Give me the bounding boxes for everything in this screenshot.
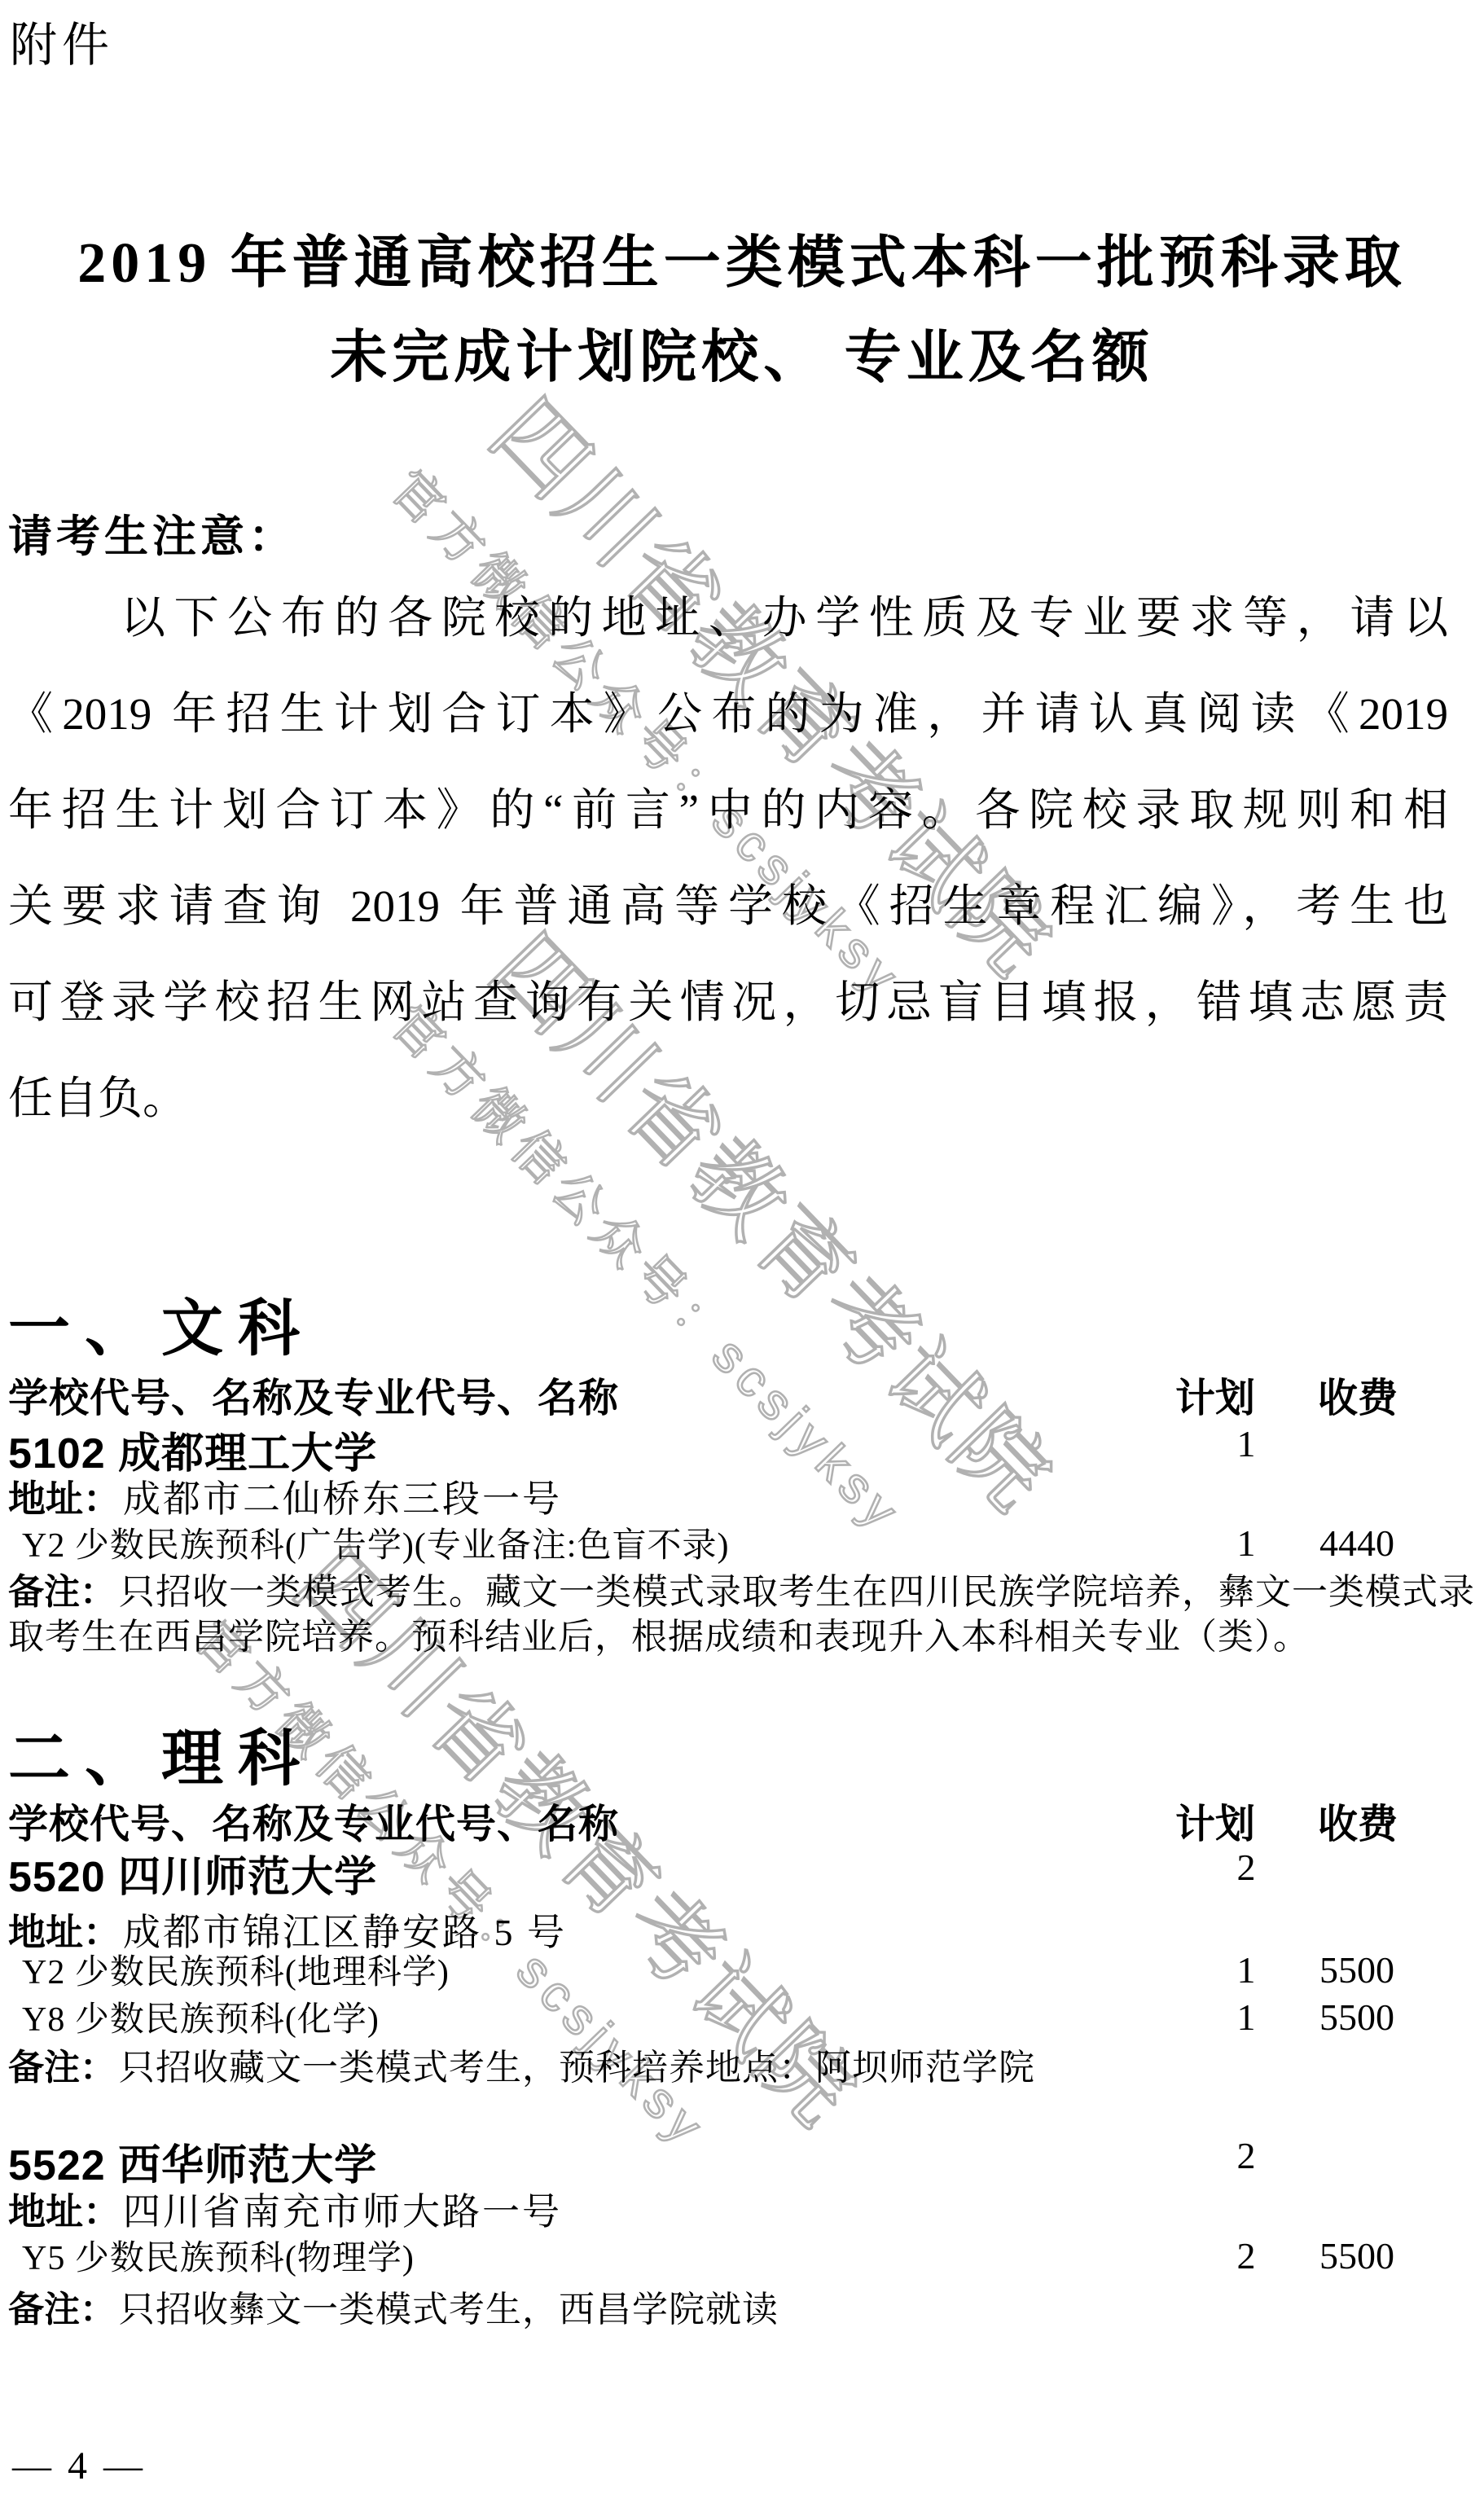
- attachment-label: 附件: [10, 7, 114, 75]
- school-row: 5522 西华师范大学 2: [0, 2131, 1484, 2183]
- major-plan-count: 1: [1204, 1996, 1289, 2039]
- address-label: 地址：: [8, 2182, 121, 2236]
- remark-text: 只招收藏文一类模式考生，预科培养地点：阿坝师范学院: [119, 2038, 1035, 2090]
- school-plan-count: 2: [1204, 1846, 1289, 1889]
- section-heading-like: 二、理科: [8, 1709, 314, 1798]
- col-header-fee: 收费: [1318, 1367, 1398, 1424]
- remark-row: 备注： 只招收彝文一类模式考生，西昌学院就读: [0, 2280, 1484, 2332]
- remark-row: 取考生在西昌学院培养。预科结业后，根据成绩和表现升入本科相关专业（类）。: [0, 1607, 1484, 1659]
- table-header-row: 学校代号、名称及专业代号、名称 计划 收费: [0, 1367, 1484, 1419]
- remark-text: 只招收彝文一类模式考生，西昌学院就读: [119, 2280, 779, 2332]
- notice-heading: 请考生注意：: [8, 502, 296, 564]
- table-header-row: 学校代号、名称及专业代号、名称 计划 收费: [0, 1793, 1484, 1845]
- major-name: Y2 少数民族预科(广告学)(专业备注:色盲不录): [22, 1518, 729, 1567]
- remark-label: 备注：: [8, 2038, 116, 2090]
- notice-line: 年招生计划合订本》的“前言”中的内容。各院校录取规则和相: [8, 786, 1448, 835]
- school-plan-count: 1: [1204, 1422, 1289, 1465]
- col-header-plan: 计划: [1175, 1367, 1255, 1424]
- major-row: Y2 少数民族预科(地理科学) 1 5500: [0, 1945, 1484, 1997]
- notice-line: 关要求请查询 2019 年普通高等学校《招生章程汇编》，考生也: [8, 882, 1448, 931]
- address-row: 地址： 成都市二仙桥东三段一号: [0, 1469, 1484, 1522]
- school-code-name: 5520 四川师范大学: [8, 1842, 377, 1904]
- address-row: 地址： 四川省南充市师大路一号: [0, 2182, 1484, 2234]
- major-name: Y2 少数民族预科(地理科学): [22, 1945, 450, 1994]
- address-label: 地址：: [8, 1469, 121, 1523]
- notice-line: 任自负。: [8, 1074, 187, 1123]
- school-plan-count: 2: [1204, 2134, 1289, 2177]
- major-fee: 4440: [1306, 1522, 1407, 1565]
- address-value: 成都市二仙桥东三段一号: [123, 1469, 562, 1523]
- major-fee: 5500: [1306, 1948, 1407, 1991]
- notice-line: 以下公布的各院校的地址、办学性质及专业要求等，请以: [121, 594, 1448, 643]
- col-header-plan: 计划: [1175, 1793, 1255, 1850]
- major-fee: 5500: [1306, 2234, 1407, 2277]
- notice-line: 可登录学校招生网站查询有关情况，切忌盲目填报，错填志愿责: [8, 978, 1448, 1027]
- section-heading-wenke: 一、文科: [8, 1279, 314, 1368]
- major-name: Y8 少数民族预科(化学): [22, 1992, 380, 2041]
- major-plan-count: 2: [1204, 2234, 1289, 2277]
- major-row: Y8 少数民族预科(化学) 1 5500: [0, 1992, 1484, 2044]
- remark-label: 备注：: [8, 2280, 116, 2332]
- doc-title-line2: 未完成计划院校、 专业及名额: [0, 311, 1484, 393]
- remark-row: 备注： 只招收藏文一类模式考生，预科培养地点：阿坝师范学院: [0, 2038, 1484, 2090]
- major-name: Y5 少数民族预科(物理学): [22, 2231, 415, 2280]
- col-header-school: 学校代号、名称及专业代号、名称: [8, 1367, 619, 1424]
- school-row: 5102 成都理工大学 1: [0, 1419, 1484, 1471]
- major-fee: 5500: [1306, 1996, 1407, 2039]
- document-content: 附件 2019 年普通高校招生一类模式本科一批预科录取 未完成计划院校、 专业及…: [0, 0, 1484, 2503]
- school-row: 5520 四川师范大学 2: [0, 1842, 1484, 1895]
- doc-title-line1: 2019 年普通高校招生一类模式本科一批预科录取: [0, 217, 1484, 299]
- major-plan-count: 1: [1204, 1948, 1289, 1991]
- document-page: 四川省教育考试院 官方微信公众号：scsjyksy 四川省教育考试院 官方微信公…: [0, 0, 1484, 2503]
- col-header-fee: 收费: [1318, 1793, 1398, 1850]
- notice-line: 《2019 年招生计划合订本》公布的为准，并请认真阅读《2019: [8, 690, 1448, 739]
- remark-text-line2: 取考生在西昌学院培养。预科结业后，根据成绩和表现升入本科相关专业（类）。: [8, 1607, 1310, 1659]
- major-plan-count: 1: [1204, 1522, 1289, 1565]
- page-number: — 4 —: [12, 2444, 146, 2488]
- major-row: Y5 少数民族预科(物理学) 2 5500: [0, 2231, 1484, 2283]
- col-header-school: 学校代号、名称及专业代号、名称: [8, 1793, 619, 1850]
- address-value: 四川省南充市师大路一号: [123, 2182, 562, 2236]
